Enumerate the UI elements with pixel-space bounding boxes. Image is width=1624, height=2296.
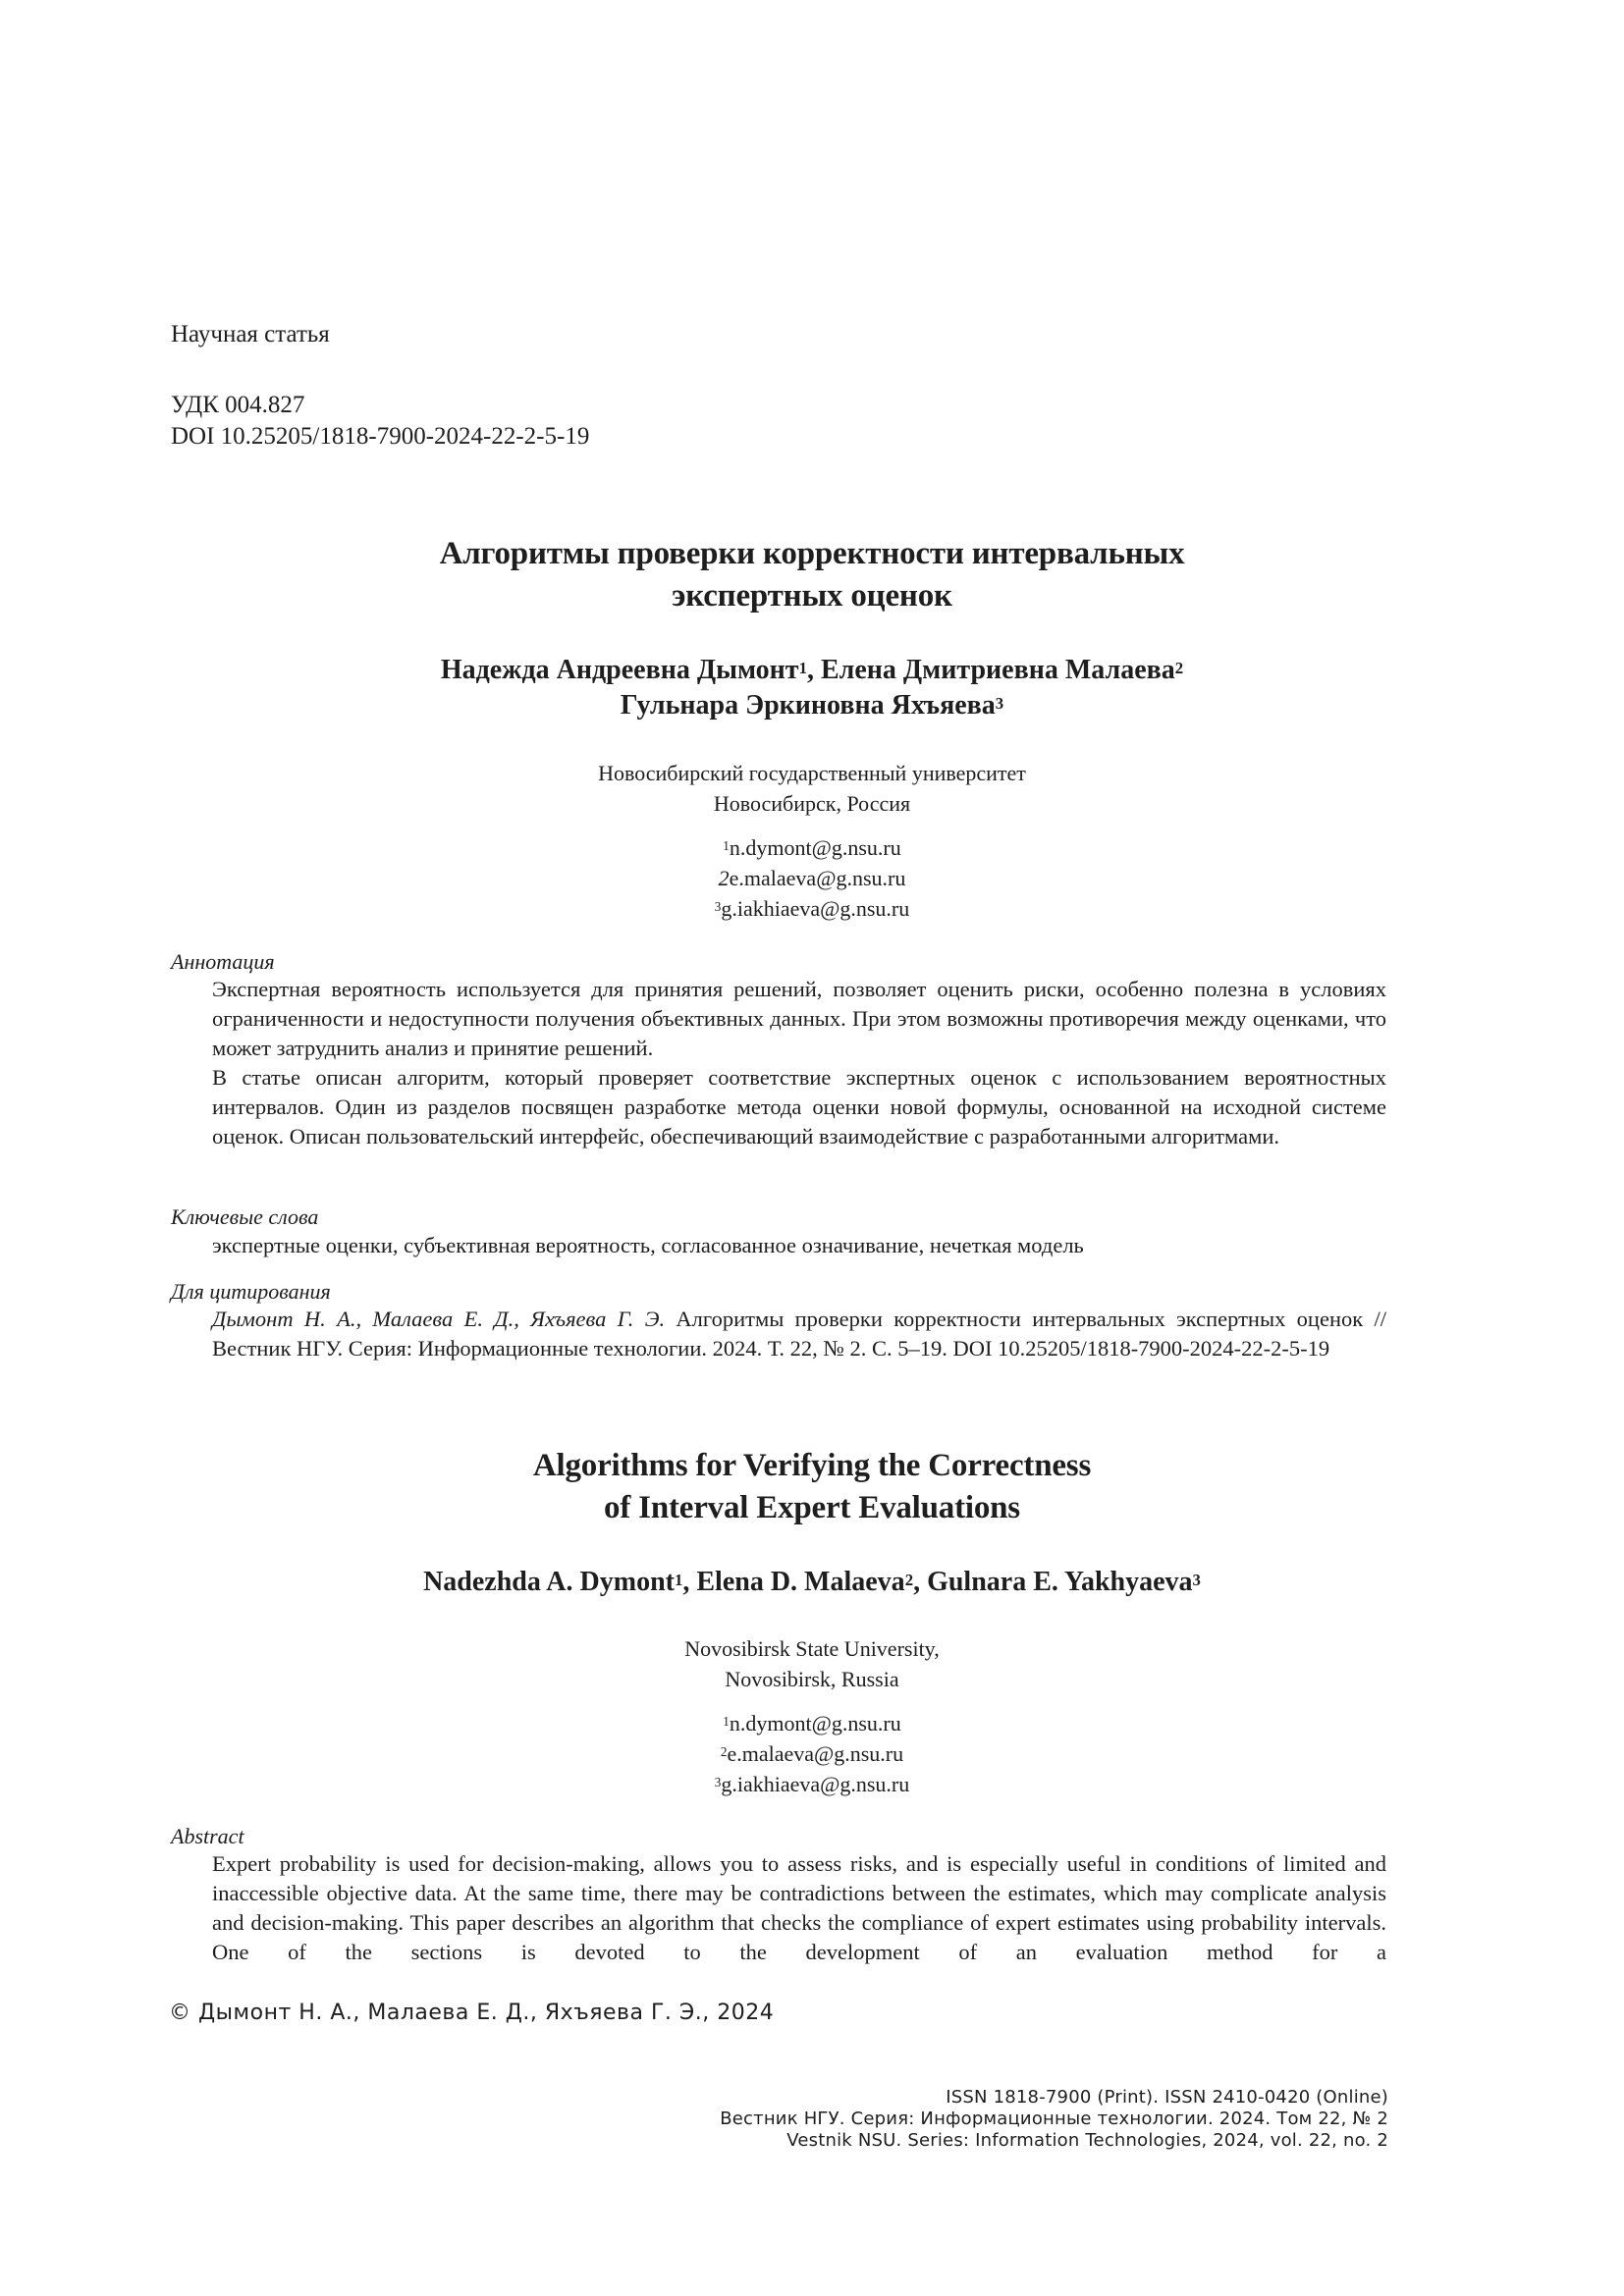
- citation-label: Для цитирования: [171, 1278, 331, 1306]
- doi[interactable]: DOI 10.25205/1818-7900-2024-22-2-5-19: [171, 422, 589, 452]
- title-ru-line2: экспертных оценок: [0, 575, 1624, 617]
- email-sup: 3: [715, 899, 722, 914]
- authors-en: Nadezhda A. Dymont1, Elena D. Malaeva2, …: [0, 1565, 1624, 1600]
- abstract-ru-paragraph: В статье описан алгоритм, который провер…: [212, 1063, 1386, 1151]
- authors-ru: Надежда Андреевна Дымонт1, Елена Дмитрие…: [0, 653, 1624, 723]
- title-en: Algorithms for Verifying the Correctness…: [0, 1445, 1624, 1529]
- email-item[interactable]: 1n.dymont@g.nsu.ru: [0, 1708, 1624, 1738]
- title-ru-line1: Алгоритмы проверки корректности интервал…: [0, 533, 1624, 575]
- citation: Дымонт Н. А., Малаева Е. Д., Яхъяева Г. …: [212, 1305, 1386, 1363]
- affiliation-en-line1: Novosibirsk State University,: [0, 1633, 1624, 1664]
- email-sup: 2: [721, 1744, 728, 1759]
- authors-ru-line1: Надежда Андреевна Дымонт1, Елена Дмитрие…: [0, 653, 1624, 688]
- title-ru: Алгоритмы проверки корректности интервал…: [0, 533, 1624, 617]
- author-name: Елена Дмитриевна Малаева: [821, 655, 1175, 685]
- affiliation-ru-line2: Новосибирск, Россия: [0, 788, 1624, 819]
- udc-code: УДК 004.827: [171, 391, 304, 420]
- email-address[interactable]: n.dymont@g.nsu.ru: [730, 835, 901, 860]
- article-type: Научная статья: [171, 320, 330, 349]
- citation-authors: Дымонт Н. А., Малаева Е. Д., Яхъяева Г. …: [212, 1307, 665, 1331]
- email-sup: 3: [715, 1775, 722, 1789]
- author-sup: 3: [1193, 1571, 1201, 1589]
- keywords: экспертные оценки, субъективная вероятно…: [212, 1231, 1386, 1260]
- title-en-line1: Algorithms for Verifying the Correctness: [0, 1445, 1624, 1487]
- author-name: Elena D. Malaeva: [696, 1567, 904, 1597]
- abstract-en-label: Abstract: [171, 1823, 244, 1850]
- author-sep: ,: [807, 655, 821, 685]
- email-sup: 1: [723, 838, 730, 853]
- email-address[interactable]: g.iakhiaeva@g.nsu.ru: [721, 1772, 909, 1796]
- author-name: Гульнара Эркиновна Яхъяева: [621, 690, 996, 721]
- journal-info: ISSN 1818-7900 (Print). ISSN 2410-0420 (…: [720, 2087, 1388, 2152]
- author-name: Надежда Андреевна Дымонт: [441, 655, 799, 685]
- email-address[interactable]: g.iakhiaeva@g.nsu.ru: [721, 896, 909, 921]
- journal-name-en: Vestnik NSU. Series: Information Technol…: [720, 2130, 1388, 2152]
- author-sup: 2: [1175, 659, 1183, 677]
- abstract-ru-label: Аннотация: [171, 948, 275, 976]
- title-en-line2: of Interval Expert Evaluations: [0, 1487, 1624, 1529]
- email-address[interactable]: e.malaeva@g.nsu.ru: [730, 866, 906, 890]
- emails-en: 1n.dymont@g.nsu.ru 2e.malaeva@g.nsu.ru 3…: [0, 1708, 1624, 1799]
- affiliation-ru: Новосибирский государственный университе…: [0, 758, 1624, 819]
- author-sep: ,: [913, 1567, 927, 1597]
- abstract-en: Expert probability is used for decision-…: [212, 1849, 1386, 1967]
- email-item[interactable]: 2e.malaeva@g.nsu.ru: [0, 1738, 1624, 1769]
- issn: ISSN 1818-7900 (Print). ISSN 2410-0420 (…: [720, 2087, 1388, 2109]
- copyright: © Дымонт Н. А., Малаева Е. Д., Яхъяева Г…: [169, 2000, 774, 2027]
- email-sup: 1: [723, 1714, 730, 1729]
- author-name: Nadezhda A. Dymont: [423, 1567, 675, 1597]
- abstract-ru: Экспертная вероятность используется для …: [212, 975, 1386, 1151]
- journal-name-ru: Вестник НГУ. Серия: Информационные техно…: [720, 2109, 1388, 2130]
- author-sup: 3: [996, 694, 1003, 713]
- author-name: Gulnara E. Yakhyaeva: [927, 1567, 1192, 1597]
- author-sup: 1: [675, 1571, 682, 1589]
- email-item[interactable]: 3g.iakhiaeva@g.nsu.ru: [0, 1769, 1624, 1799]
- keywords-label: Ключевые слова: [171, 1203, 318, 1231]
- affiliation-ru-line1: Новосибирский государственный университе…: [0, 758, 1624, 788]
- affiliation-en-line2: Novosibirsk, Russia: [0, 1664, 1624, 1694]
- email-address[interactable]: e.malaeva@g.nsu.ru: [727, 1741, 903, 1766]
- email-item[interactable]: 2e.malaeva@g.nsu.ru: [0, 863, 1624, 893]
- email-item[interactable]: 3g.iakhiaeva@g.nsu.ru: [0, 893, 1624, 924]
- author-sup: 2: [905, 1571, 913, 1589]
- author-sup: 1: [799, 659, 807, 677]
- author-sep: ,: [682, 1567, 696, 1597]
- affiliation-en: Novosibirsk State University, Novosibirs…: [0, 1633, 1624, 1694]
- emails-ru: 1n.dymont@g.nsu.ru 2e.malaeva@g.nsu.ru 3…: [0, 832, 1624, 924]
- abstract-ru-paragraph: Экспертная вероятность используется для …: [212, 975, 1386, 1063]
- email-address[interactable]: n.dymont@g.nsu.ru: [730, 1711, 901, 1735]
- email-item[interactable]: 1n.dymont@g.nsu.ru: [0, 832, 1624, 863]
- email-prefix: 2: [719, 866, 730, 890]
- authors-ru-line2: Гульнара Эркиновна Яхъяева3: [0, 688, 1624, 723]
